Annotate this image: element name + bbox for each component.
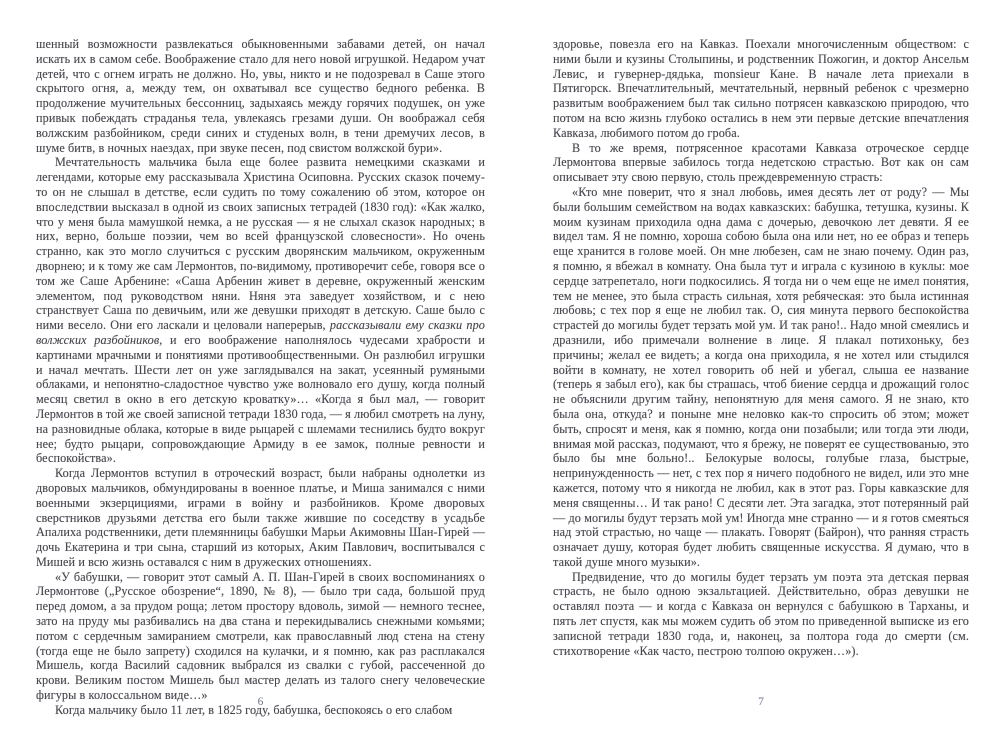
paragraph: Когда Лермонтов вступил в отроческий воз… xyxy=(36,466,485,570)
page-left-number: 6 xyxy=(36,696,485,708)
text-run: здоровье, повезла его на Кавказ. Поехали… xyxy=(553,37,969,140)
text-run: Когда Лермонтов вступил в отроческий воз… xyxy=(36,466,485,569)
text-run: «Кто мне поверит, что я знал любовь, име… xyxy=(553,185,969,569)
page-left-text-block: шенный возможности развлекаться обыкнове… xyxy=(36,37,485,718)
paragraph: «Кто мне поверит, что я знал любовь, име… xyxy=(553,185,969,570)
paragraph: шенный возможности развлекаться обыкнове… xyxy=(36,37,485,155)
paragraph: Предвидение, что до могилы будет терзать… xyxy=(553,570,969,659)
paragraph: В то же время, потрясенное красотами Кав… xyxy=(553,141,969,185)
text-run: и его воображение наполнялось чудесами х… xyxy=(36,333,485,465)
page-right-number: 7 xyxy=(553,696,969,708)
paragraph: «У бабушки, — говорит этот самый А. П. Ш… xyxy=(36,570,485,703)
book-spread: шенный возможности развлекаться обыкнове… xyxy=(0,0,1000,735)
paragraph: Мечтательность мальчика была еще более р… xyxy=(36,155,485,466)
text-run: В то же время, потрясенное красотами Кав… xyxy=(553,141,969,185)
page-right-text-block: здоровье, повезла его на Кавказ. Поехали… xyxy=(553,37,969,658)
paragraph: здоровье, повезла его на Кавказ. Поехали… xyxy=(553,37,969,141)
text-run: «У бабушки, — говорит этот самый А. П. Ш… xyxy=(36,570,485,702)
text-run: Мечтательность мальчика была еще более р… xyxy=(36,155,485,332)
text-run: Предвидение, что до могилы будет терзать… xyxy=(553,570,969,658)
text-run: шенный возможности развлекаться обыкнове… xyxy=(36,37,485,155)
